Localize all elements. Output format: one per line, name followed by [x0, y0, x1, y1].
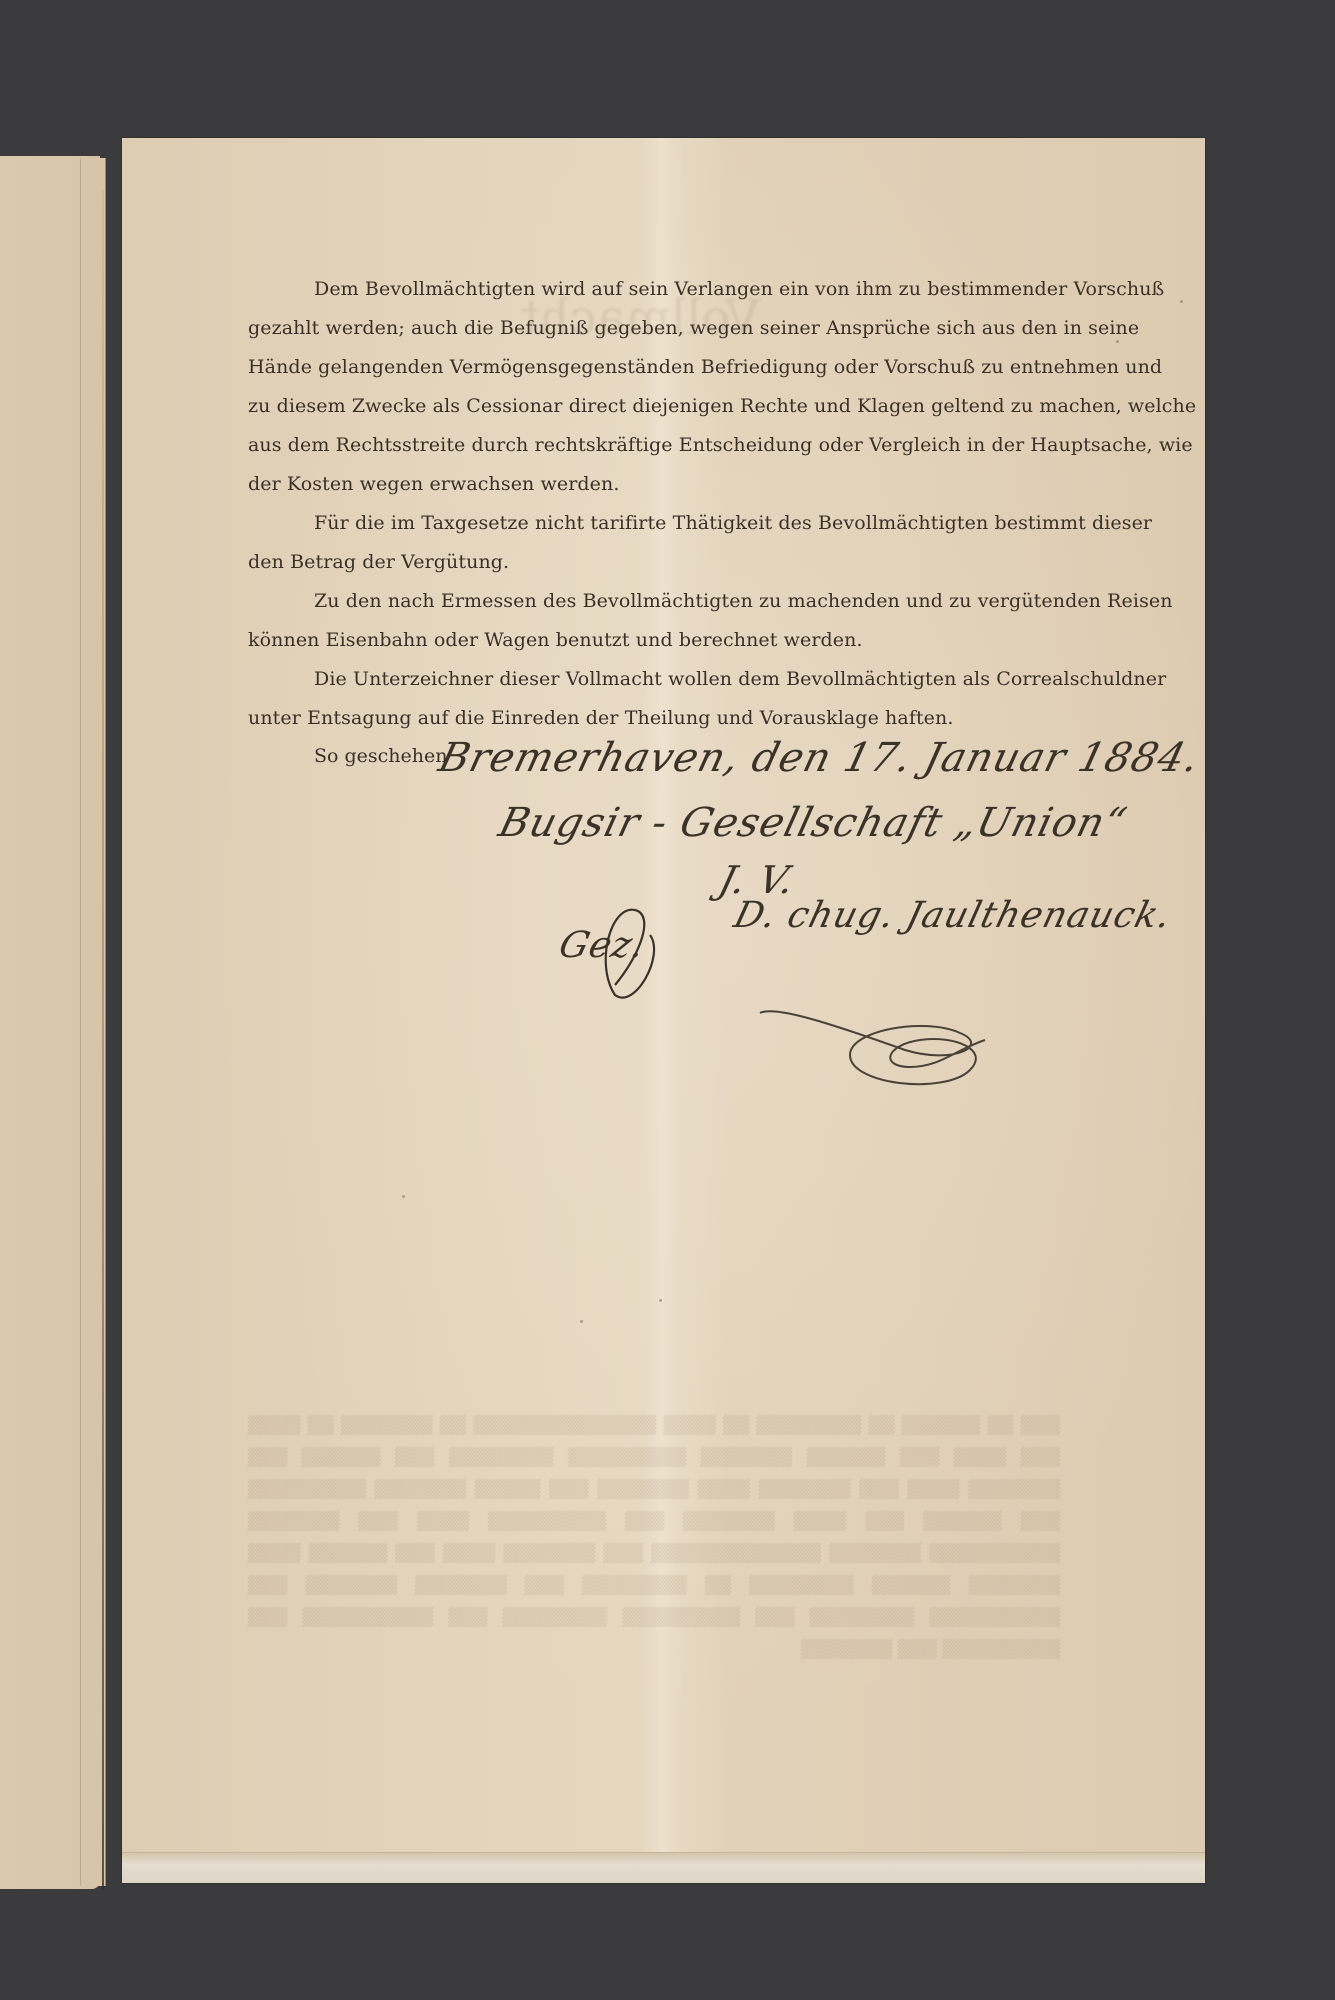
closing-label: So geschehen	[314, 745, 448, 767]
text-line: Für die im Taxgesetze nicht tarifirte Th…	[248, 504, 1060, 543]
text-line: den Betrag der Vergütung.	[248, 543, 1060, 582]
document-body: Dem Bevollmächtigten wird auf sein Verla…	[248, 270, 1060, 738]
handwritten-place-date: Bremerhaven, den 17. Januar 1884.	[434, 735, 1204, 781]
bleed-through-text: ▒▒▒ ▒▒ ▒▒▒▒▒▒ ▒▒ ▒▒▒▒▒▒▒▒ ▒▒ ▒▒▒▒ ▒▒▒▒▒▒…	[248, 1410, 1060, 1666]
text-line: zu diesem Zwecke als Cessionar direct di…	[248, 387, 1060, 426]
paragraph-fee: Für die im Taxgesetze nicht tarifirte Th…	[248, 504, 1060, 582]
text-line: Hände gelangenden Vermögensgegenständen …	[248, 348, 1060, 387]
text-line: Dem Bevollmächtigten wird auf sein Verla…	[248, 270, 1060, 309]
paper-speck	[1180, 300, 1183, 303]
paragraph-travel: Zu den nach Ermessen des Bevollmächtigte…	[248, 582, 1060, 660]
paragraph-liability: Die Unterzeichner dieser Vollmacht wolle…	[248, 660, 1060, 738]
text-line: Zu den nach Ermessen des Bevollmächtigte…	[248, 582, 1060, 621]
paper-speck	[659, 1299, 662, 1302]
text-line: unter Entsagung auf die Einreden der The…	[248, 699, 1060, 738]
signature-flourish-icon	[755, 1005, 995, 1105]
handwritten-signature-name: D. chug. Jaulthenauck.	[730, 895, 1176, 936]
paper-speck	[580, 1320, 583, 1323]
text-line: aus dem Rechtsstreite durch rechtskräfti…	[248, 426, 1060, 465]
paper-speck	[1116, 340, 1119, 343]
binding-spine	[102, 190, 104, 1890]
page-bottom-fold	[122, 1852, 1205, 1883]
text-line: der Kosten wegen erwachsen werden.	[248, 465, 1060, 504]
signature-loop-icon	[555, 895, 705, 1015]
text-line: können Eisenbahn oder Wagen benutzt und …	[248, 621, 1060, 660]
handwritten-company-name: Bugsir - Gesellschaft „Union“	[494, 800, 1131, 846]
text-line: gezahlt werden; auch die Befugniß gegebe…	[248, 309, 1060, 348]
paragraph-advance-payment: Dem Bevollmächtigten wird auf sein Verla…	[248, 270, 1060, 504]
text-line: Die Unterzeichner dieser Vollmacht wolle…	[248, 660, 1060, 699]
paper-speck	[402, 1195, 405, 1198]
